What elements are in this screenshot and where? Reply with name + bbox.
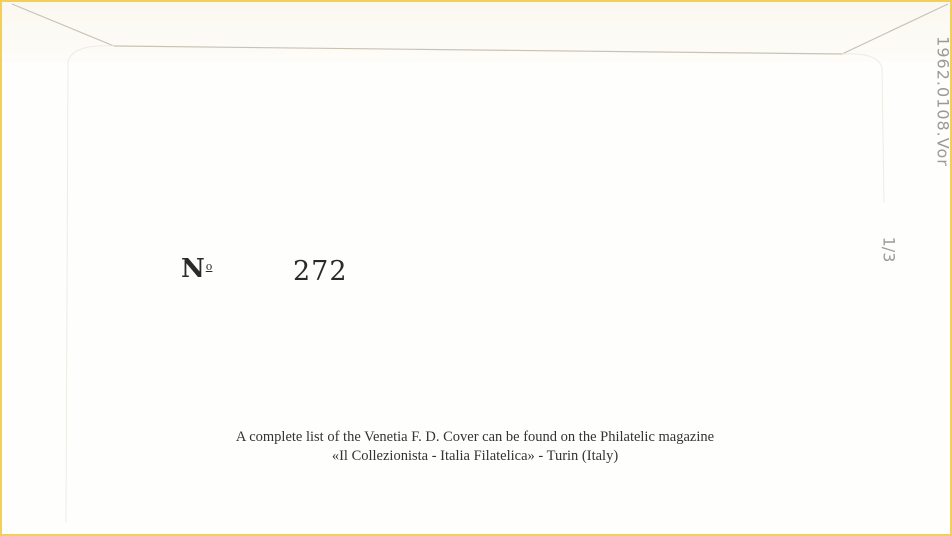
footer-line-2: «Il Collezionista - Italia Filatelica» -… xyxy=(150,447,800,466)
cover-number: 272 xyxy=(293,256,348,287)
footer-notice: A complete list of the Venetia F. D. Cov… xyxy=(150,428,800,466)
pencil-annotation-date: 1962.0108.Vor xyxy=(934,17,952,187)
number-label: No xyxy=(181,254,212,284)
pencil-annotation-fraction: 1/3 xyxy=(879,237,898,263)
footer-line-1: A complete list of the Venetia F. D. Cov… xyxy=(150,428,800,447)
